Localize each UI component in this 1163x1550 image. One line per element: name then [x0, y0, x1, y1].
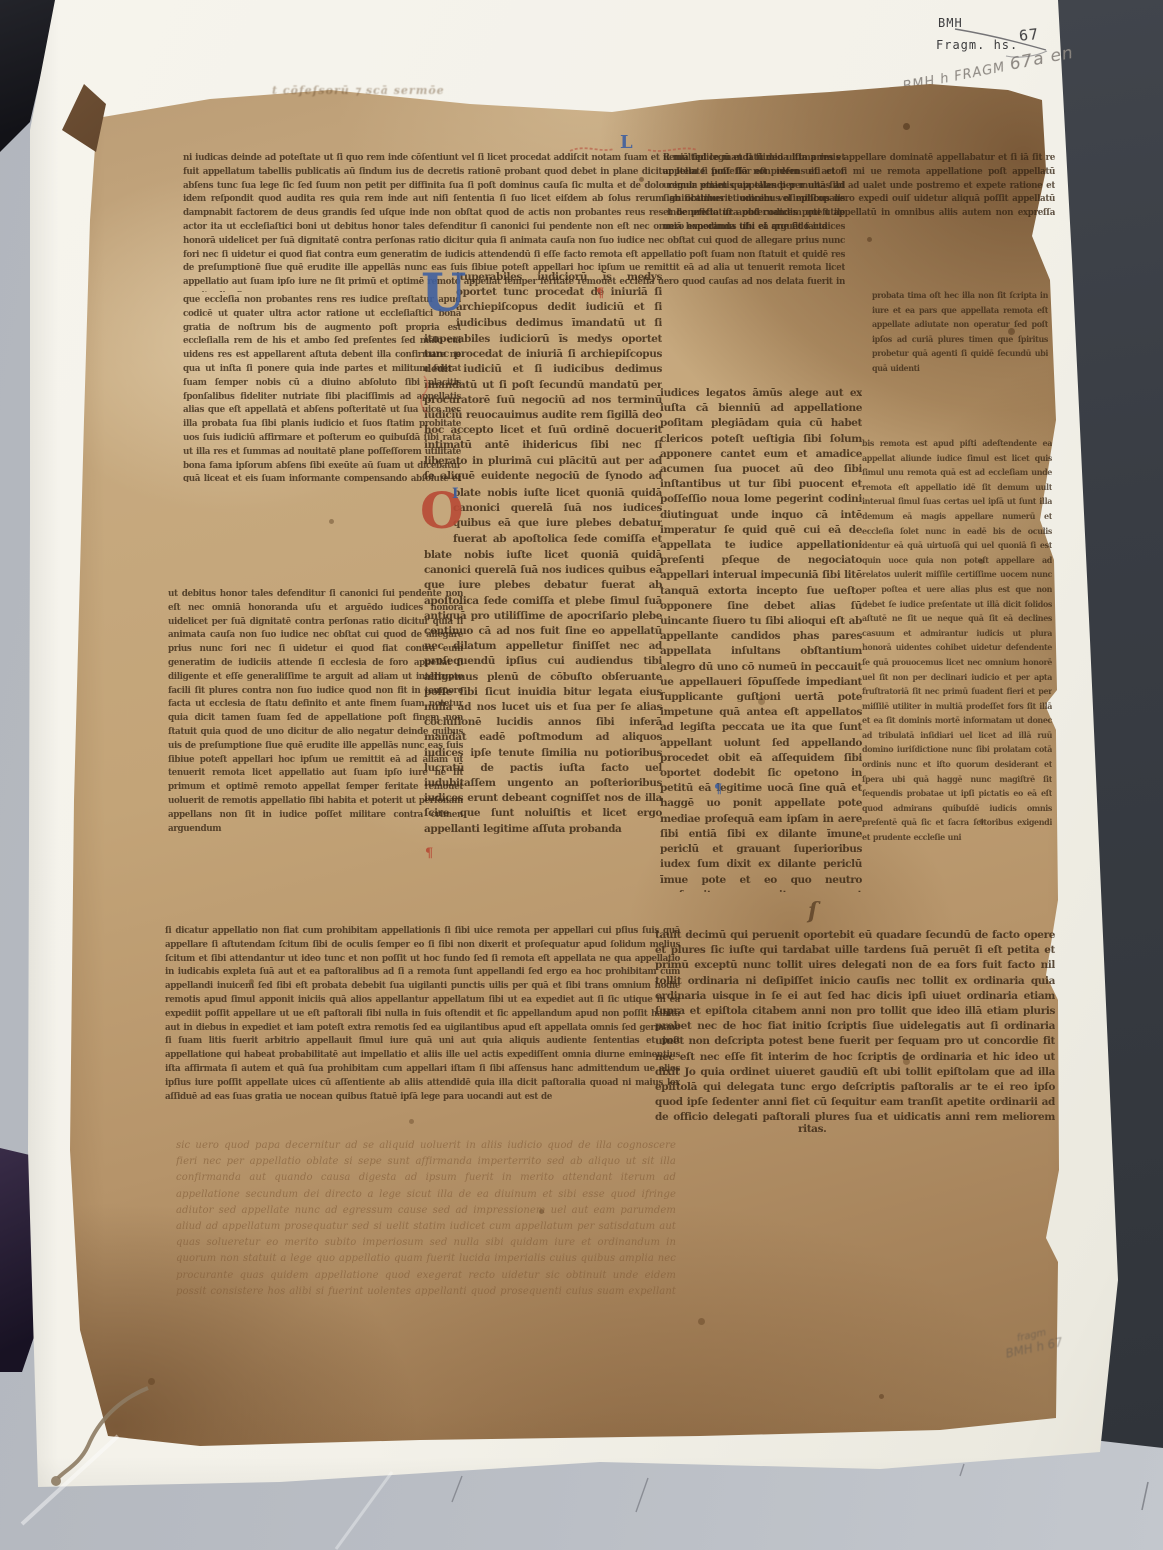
typed-label-line1: BMH: [938, 16, 963, 30]
running-title-ornament-letter: L: [620, 132, 633, 153]
floor-scratch-2: [636, 1478, 648, 1512]
right-column-main: iudices legatos āmūs alege aut ex iuſta …: [660, 386, 862, 892]
bottom-right-catchword: ritas.: [798, 1122, 868, 1138]
cursive-annotation-block: sic uero quod papa decernitur ad se aliq…: [176, 1138, 676, 1302]
typed-label-line2: Fragm. hs.: [936, 38, 1018, 52]
faded-running-title: t cōfeſsorū ⁊ scā sermōe: [272, 84, 612, 106]
bottom-right-block: tauit decimū qui peruenit oportebit eū q…: [655, 928, 1055, 1124]
gloss-right-main: bis remota est apud piſti adeſtendente e…: [862, 436, 1052, 878]
center-column-opening-lines: ituperabiles iudiciorū īs medys oportet …: [456, 270, 662, 330]
floor-scratch-4: [1142, 1482, 1148, 1510]
photo-of-manuscript-fragment: BMH Fragm. hs. 67 BMH h FRAGM 67a en b t…: [0, 0, 1163, 1550]
red-paraph-mark-2: ¶: [425, 846, 433, 861]
blue-initial-U: U: [421, 268, 466, 320]
center-column-lower: blate nobis iuſte licet quoniā quidā can…: [424, 548, 662, 876]
gloss-left-upper: que eccleſia non probantes rens res iudi…: [183, 294, 461, 482]
floor-plank-seam-2: [336, 1472, 392, 1549]
red-paraph-mark-1: ¶: [596, 286, 604, 301]
floor-scratch-3: [960, 1464, 964, 1476]
gloss-left-middle: ut debitus honor tales defenditur ſi can…: [168, 588, 463, 920]
blue-paraph-I: I: [452, 486, 459, 502]
lone-f-mark: ſ: [808, 898, 817, 924]
center-column-upper: ituperabiles iudiciorū īs medys oportet …: [424, 332, 662, 482]
gloss-left-wide-lower: ſi dicatur appellatio non fiat cum prohi…: [165, 925, 680, 1127]
gloss-right-upper: probata tima oſt hec illa non ſit ſcript…: [872, 288, 1048, 434]
floor-scratch-1: [452, 1476, 462, 1502]
blue-paraph-mark-2: ¶: [714, 782, 722, 797]
center-column-second-opening: blate nobis iuſte licet quoniā quidā can…: [453, 486, 662, 546]
gloss-top-right: ueniā ſed legū et ſi ſtimida iſta primis…: [663, 152, 1055, 286]
typed-label-number: 67: [1018, 25, 1040, 45]
